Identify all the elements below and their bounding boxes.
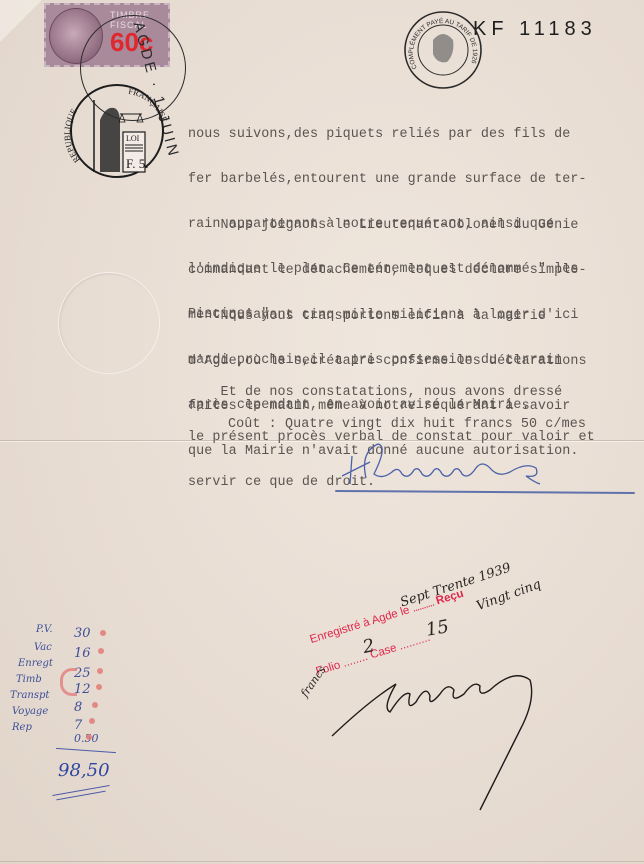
account-label: Vac [34,642,52,653]
cost-line: Coût : Quatre vingt dix huit francs 50 c… [228,417,586,432]
registered-at-label: Enregistré à Agde le [308,604,411,646]
justice-figure-icon: REPUBLIQUE FRANÇAISE LOI F. 5. [56,80,178,182]
check-mark [89,718,95,724]
sum-rule [56,748,116,753]
account-label: Voyage [12,706,48,717]
case-number: 15 [424,616,450,641]
svg-text:FRANÇAISE: FRANÇAISE [128,86,170,123]
svg-text:F. 5.: F. 5. [126,156,148,171]
text-line: Nous joignons le Lieutenant-Colonel du G… [188,218,587,233]
paper-edge [0,861,644,862]
check-mark [97,668,103,674]
text-line: fer barbelés,entourent une grande surfac… [188,172,587,187]
text-line: Et de nos constatations, nous avons dres… [188,385,595,400]
typed-body: nous suivons,des piquets reliés par des … [188,97,644,202]
account-label: Enregt [18,658,53,669]
handwritten-francs: francs [298,664,329,700]
check-mark [96,684,102,690]
bailiff-signature [330,438,590,498]
account-value: 7 [74,718,82,733]
text-line: Nous nous transportons enfin à la mairie [188,309,587,324]
svg-text:LOI: LOI [126,134,140,143]
document-page: TIMBRE FISCAL 60c AGDE · 1 JUIN REPUBLIQ… [0,0,644,864]
account-total: 98,50 [58,760,110,781]
account-value: 8 [74,700,82,715]
check-mark [86,734,92,740]
check-mark [98,648,104,654]
account-label: Transpt [10,690,49,701]
account-label: P.V. [36,624,53,635]
tax-complement-stamp: COMPLÉMENT PAYÉ AU TARIF DE 1926 [403,10,483,90]
account-value: 30 [74,626,91,641]
svg-text:REPUBLIQUE: REPUBLIQUE [62,107,82,165]
red-bracket-mark [60,668,77,696]
account-label: Rep [12,722,32,733]
text-line: commandant le détachement, lequel déclar… [188,263,587,278]
text-line: nous suivons,des piquets reliés par des … [188,127,587,142]
serial-number: KF 11183 [473,18,597,41]
check-mark [100,630,106,636]
check-mark [92,702,98,708]
account-label: Timb [16,674,42,685]
margin-accounting: P.V. Vac Enregt Timb Transpt Voyage Rep … [0,618,140,808]
account-value: 16 [74,646,91,661]
republique-francaise-stamp: REPUBLIQUE FRANÇAISE LOI F. 5. [56,80,178,182]
registrar-signature [330,650,560,820]
folded-corner [0,0,42,42]
embossed-seal [58,272,160,374]
